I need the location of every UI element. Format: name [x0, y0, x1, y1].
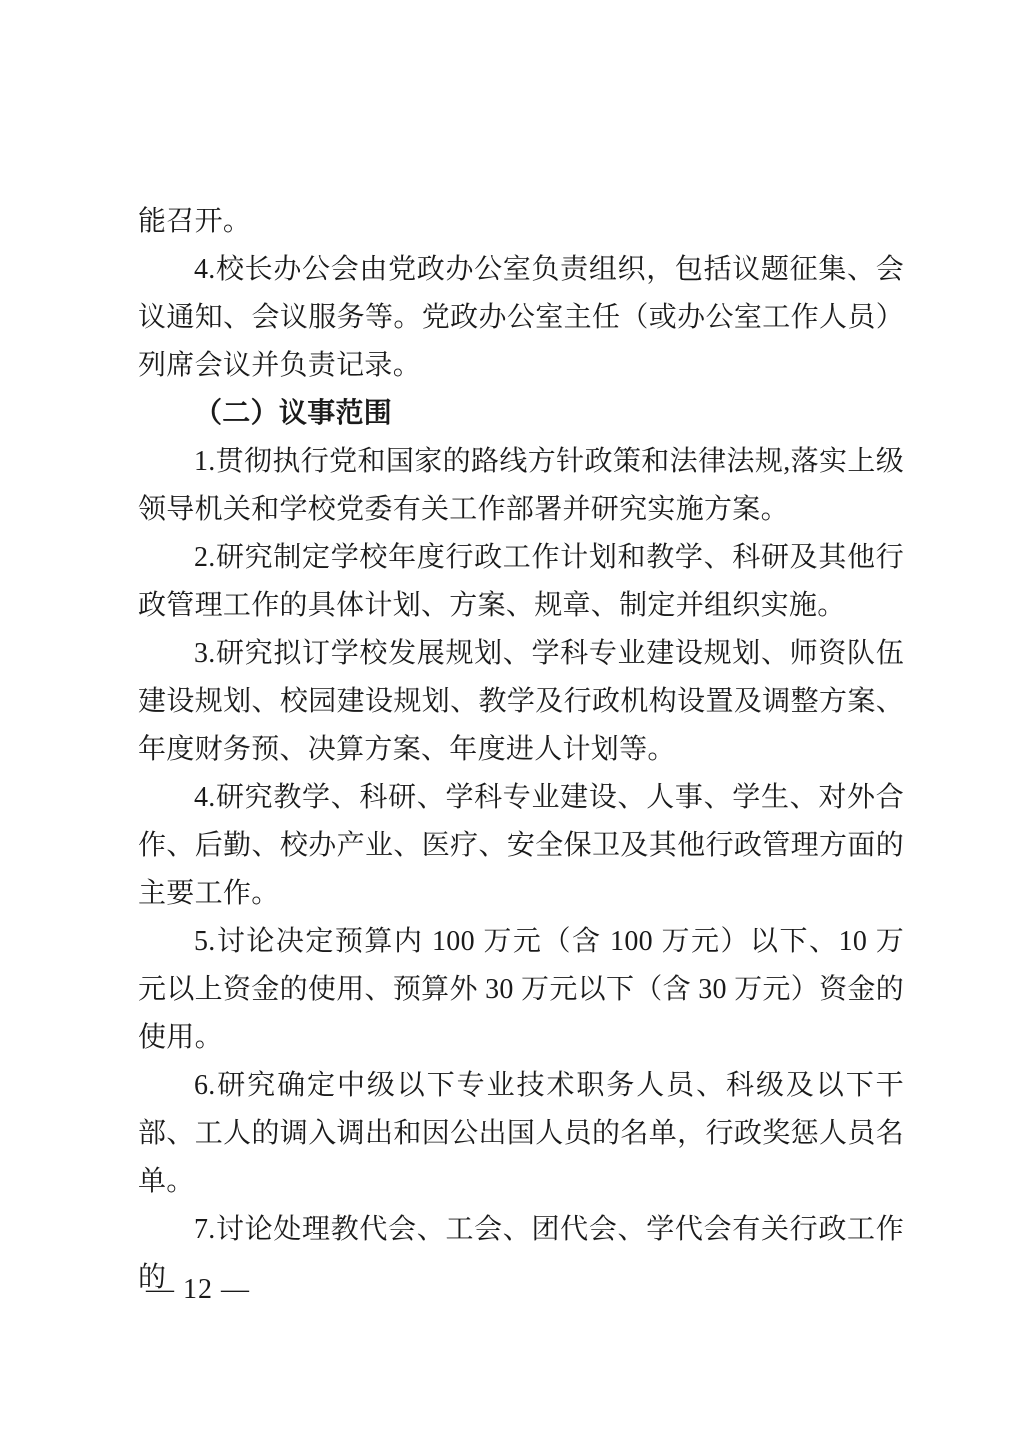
section-heading-discussion-scope: （二）议事范围 — [138, 390, 904, 438]
paragraph-item-6: 6.研究确定中级以下专业技术职务人员、科级及以下干部、工人的调入调出和因公出国人… — [138, 1062, 904, 1206]
paragraph-item-1: 1.贯彻执行党和国家的路线方针政策和法律法规,落实上级领导机关和学校党委有关工作… — [138, 438, 904, 534]
paragraph-item-4: 4.研究教学、科研、学科专业建设、人事、学生、对外合作、后勤、校办产业、医疗、安… — [138, 774, 904, 918]
paragraph-item-2: 2.研究制定学校年度行政工作计划和教学、科研及其他行政管理工作的具体计划、方案、… — [138, 534, 904, 630]
paragraph-item-5: 5.讨论决定预算内 100 万元（含 100 万元）以下、10 万元以上资金的使… — [138, 918, 904, 1062]
paragraph-continuation: 能召开。 — [138, 198, 904, 246]
page-number: — 12 — — [146, 1272, 250, 1308]
paragraph-item-4-organization: 4.校长办公会由党政办公室负责组织，包括议题征集、会议通知、会议服务等。党政办公… — [138, 246, 904, 390]
document-page: 能召开。 4.校长办公会由党政办公室负责组织，包括议题征集、会议通知、会议服务等… — [0, 0, 1024, 1448]
paragraph-item-7: 7.讨论处理教代会、工会、团代会、学代会有关行政工作的 — [138, 1206, 904, 1302]
document-body: 能召开。 4.校长办公会由党政办公室负责组织，包括议题征集、会议通知、会议服务等… — [138, 198, 904, 1302]
paragraph-item-3: 3.研究拟订学校发展规划、学科专业建设规划、师资队伍建设规划、校园建设规划、教学… — [138, 630, 904, 774]
